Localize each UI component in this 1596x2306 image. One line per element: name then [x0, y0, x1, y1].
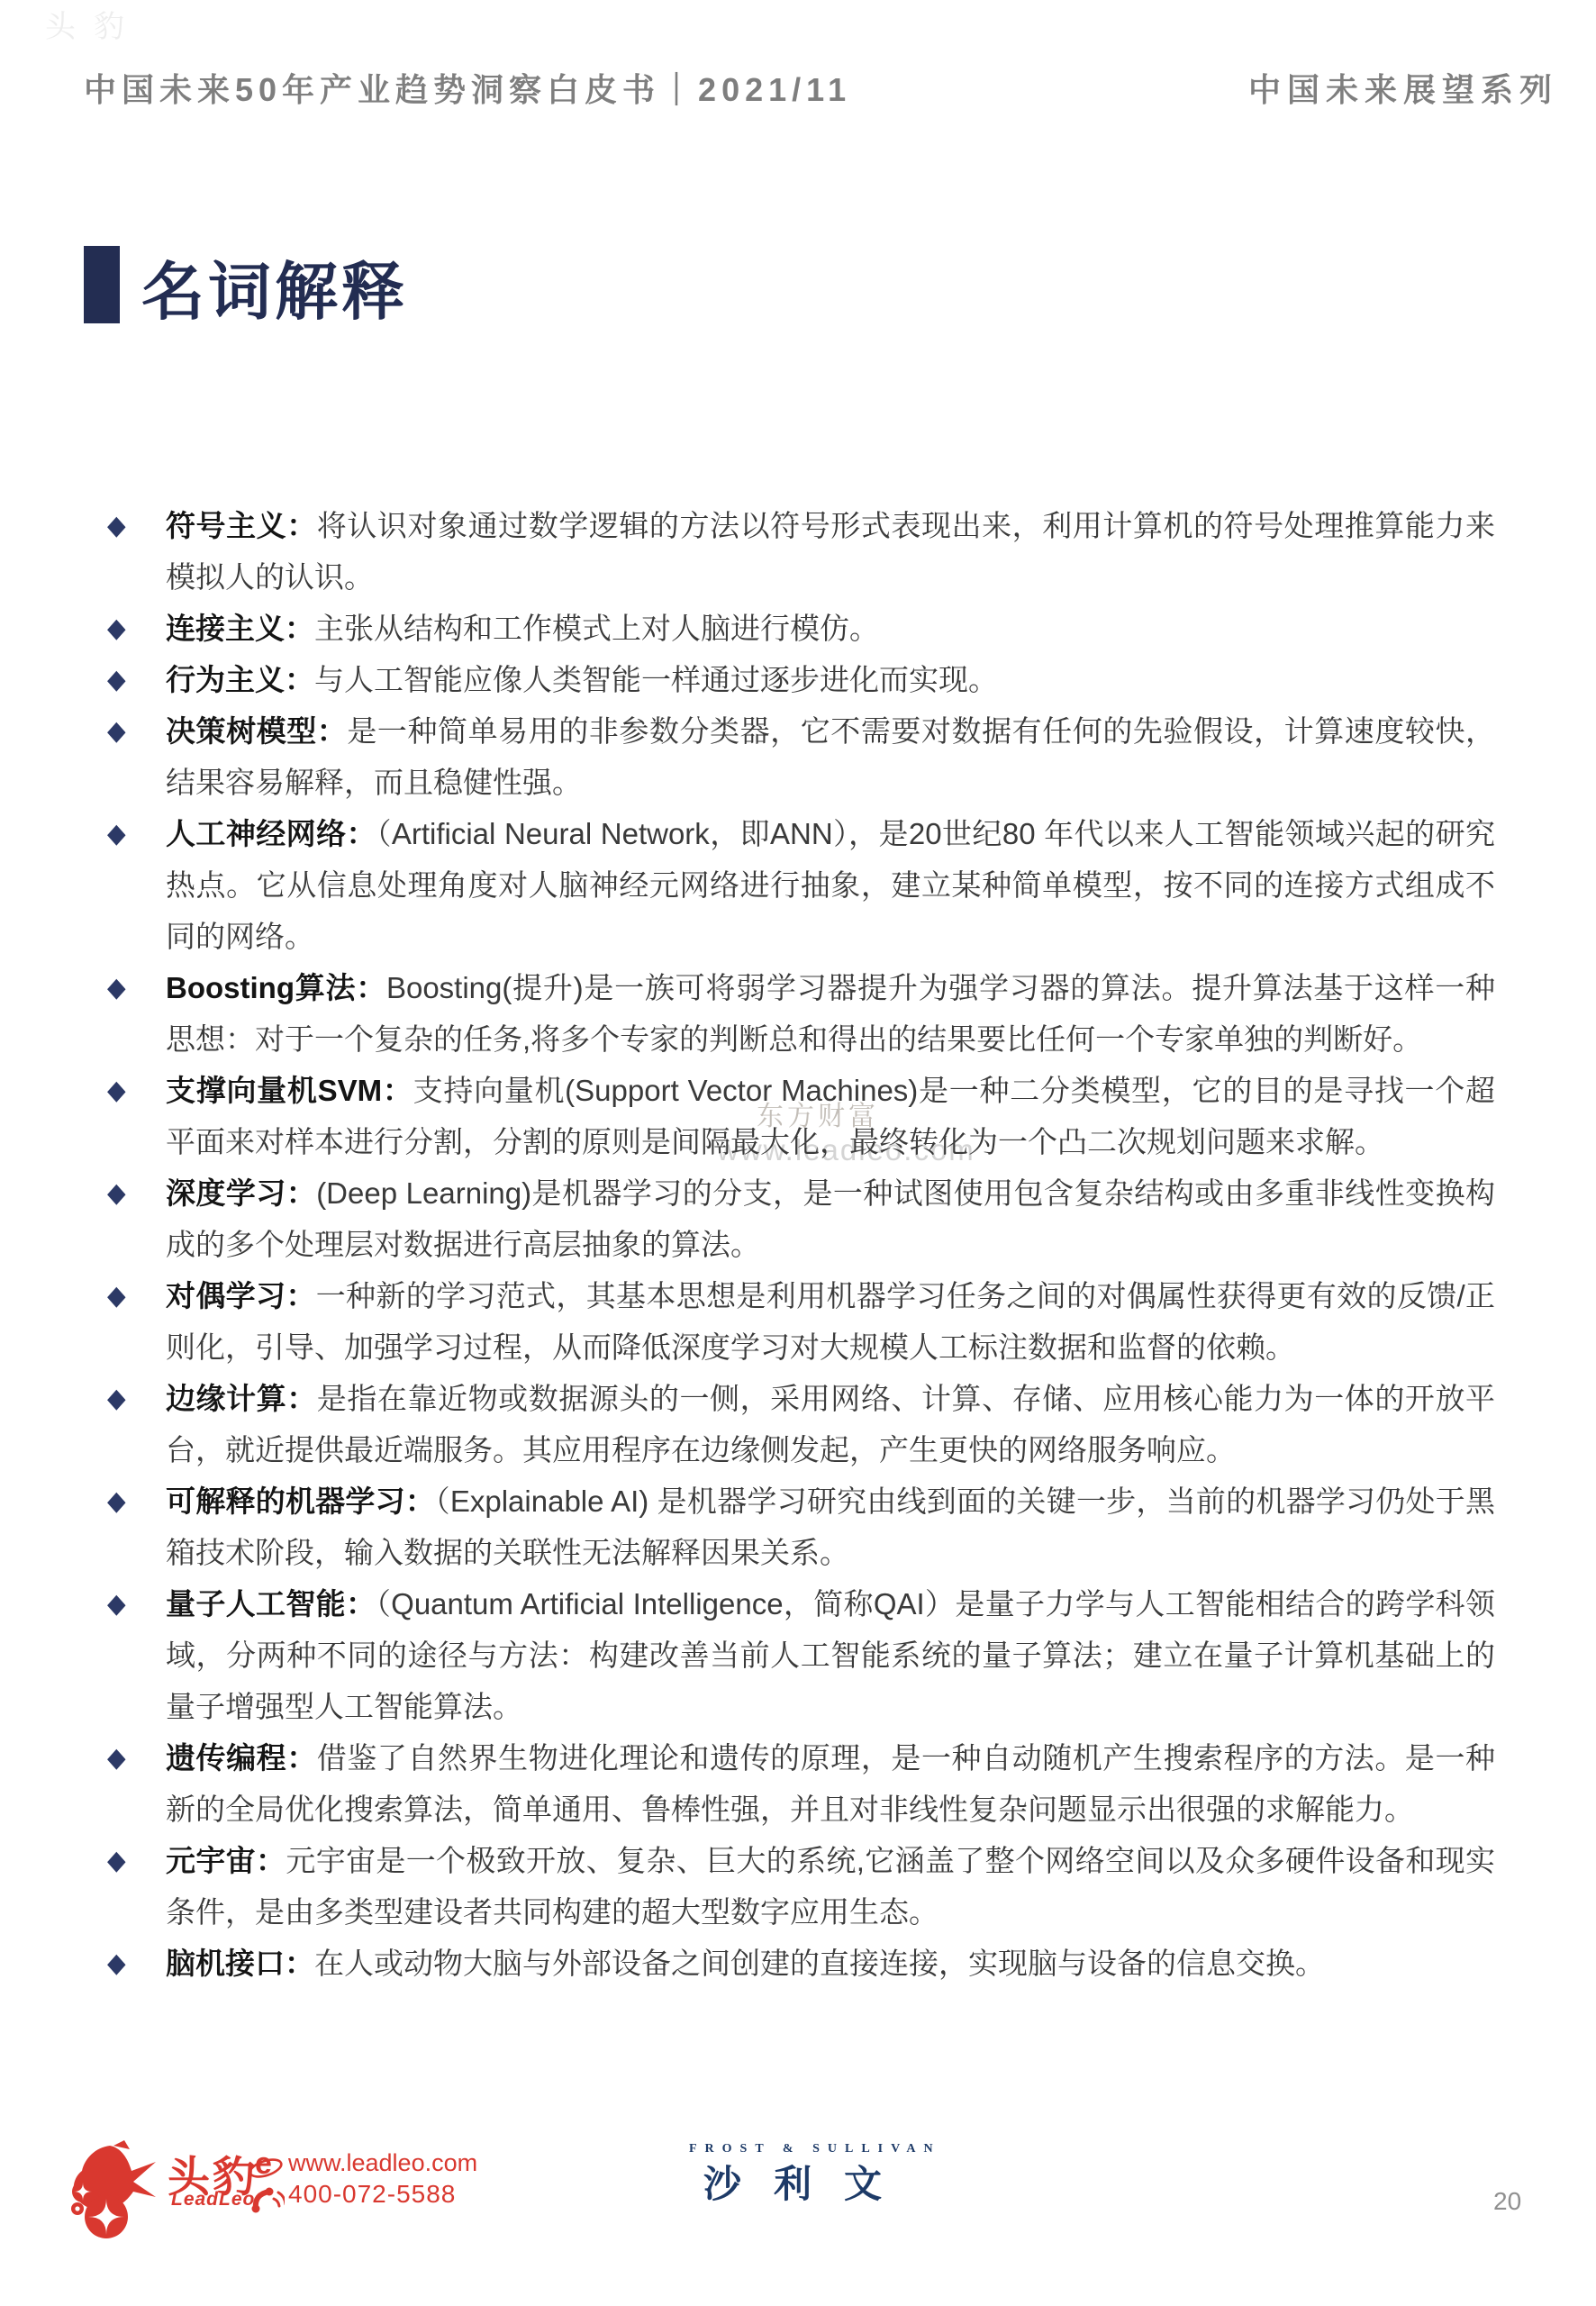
page-number: 20 [1493, 2187, 1521, 2216]
glossary-desc: 主张从结构和工作模式上对人脑进行模仿。 [314, 612, 879, 645]
glossary-desc: 借鉴了自然界生物进化理论和遗传的原理，是一种自动随机产生搜索程序的方法。是一种新… [166, 1741, 1495, 1826]
glossary-term: 行为主义： [166, 663, 314, 696]
glossary-term: 决策树模型： [166, 714, 347, 748]
glossary-desc: 元宇宙是一个极致开放、复杂、巨大的系统,它涵盖了整个网络空间以及众多硬件设备和现… [166, 1844, 1495, 1929]
glossary-item: ◆ 支撑向量机SVM：支持向量机(Support Vector Machines… [105, 1065, 1495, 1167]
diamond-bullet-icon: ◆ [107, 1267, 161, 1325]
website-globe-icon: e [247, 2146, 285, 2188]
diamond-bullet-icon: ◆ [107, 1575, 161, 1633]
glossary-term: 符号主义： [166, 509, 317, 542]
phone-icon [249, 2183, 285, 2220]
glossary-item: ◆ 对偶学习：一种新的学习范式，其基本思想是利用机器学习任务之间的对偶属性获得更… [105, 1270, 1495, 1373]
glossary-term: 连接主义： [166, 612, 314, 645]
diamond-bullet-icon: ◆ [107, 959, 161, 1017]
glossary-item: ◆ 连接主义：主张从结构和工作模式上对人脑进行模仿。 [105, 603, 1495, 654]
glossary-term: 量子人工智能： [166, 1587, 376, 1621]
diamond-bullet-icon: ◆ [107, 1165, 161, 1222]
diamond-bullet-icon: ◆ [107, 600, 161, 658]
glossary-item: ◆ 脑机接口：在人或动物大脑与外部设备之间创建的直接连接，实现脑与设备的信息交换… [105, 1938, 1495, 1989]
diamond-bullet-icon: ◆ [107, 1935, 161, 1993]
glossary-term: 遗传编程： [166, 1741, 317, 1775]
diamond-bullet-icon: ◆ [107, 1062, 161, 1120]
glossary-item: ◆ 元宇宙：元宇宙是一个极致开放、复杂、巨大的系统,它涵盖了整个网络空间以及众多… [105, 1835, 1495, 1938]
diamond-bullet-icon: ◆ [107, 805, 161, 863]
document-page: 中国未来50年产业趋势洞察白皮书｜2021/11 中国未来展望系列 头豹 东方财… [0, 0, 1596, 2306]
glossary-desc: 在人或动物大脑与外部设备之间创建的直接连接，实现脑与设备的信息交换。 [314, 1947, 1325, 1980]
glossary-desc: 一种新的学习范式，其基本思想是利用机器学习任务之间的对偶属性获得更有效的反馈/正… [166, 1279, 1495, 1364]
diamond-bullet-icon: ◆ [107, 703, 161, 760]
glossary-item: ◆ Boosting算法：Boosting(提升)是一族可将弱学习器提升为强学习… [105, 962, 1495, 1065]
glossary-list: ◆ 符号主义：将认识对象通过数学逻辑的方法以符号形式表现出来，利用计算机的符号处… [105, 500, 1495, 1989]
glossary-term: 可解释的机器学习： [166, 1484, 435, 1518]
glossary-desc: 是一种简单易用的非参数分类器，它不需要对数据有任何的先验假设，计算速度较快，结果… [166, 714, 1495, 799]
glossary-item: ◆ 决策树模型：是一种简单易用的非参数分类器，它不需要对数据有任何的先验假设，计… [105, 705, 1495, 808]
glossary-item: ◆ 遗传编程：借鉴了自然界生物进化理论和遗传的原理，是一种自动随机产生搜索程序的… [105, 1732, 1495, 1835]
leadleo-leopard-logo-icon [68, 2140, 159, 2249]
glossary-desc: 将认识对象通过数学逻辑的方法以符号形式表现出来，利用计算机的符号处理推算能力来模… [166, 509, 1495, 594]
diamond-bullet-icon: ◆ [107, 651, 161, 709]
glossary-item: ◆ 符号主义：将认识对象通过数学逻辑的方法以符号形式表现出来，利用计算机的符号处… [105, 500, 1495, 603]
phone-number: 400-072-5588 [288, 2180, 456, 2209]
glossary-term: Boosting算法： [166, 971, 386, 1004]
diamond-bullet-icon: ◆ [107, 1473, 161, 1530]
glossary-term: 支撑向量机SVM： [166, 1074, 413, 1107]
watermark-top-left: 头豹 [45, 2, 142, 46]
glossary-term: 人工神经网络： [166, 817, 376, 850]
glossary-item: ◆ 人工神经网络：（Artificial Neural Network，即ANN… [105, 808, 1495, 962]
glossary-term: 深度学习： [166, 1176, 316, 1210]
frost-sullivan-logo-cn: 沙利文 [703, 2155, 914, 2209]
website-url[interactable]: www.leadleo.com [288, 2149, 477, 2177]
glossary-term: 脑机接口： [166, 1947, 314, 1980]
brand-name-en: LeadLeo [171, 2189, 255, 2211]
glossary-item: ◆ 量子人工智能：（Quantum Artificial Intelligenc… [105, 1578, 1495, 1732]
title-bar-marker [84, 246, 120, 323]
glossary-item: ◆ 行为主义：与人工智能应像人类智能一样通过逐步进化而实现。 [105, 654, 1495, 705]
glossary-desc: 是指在靠近物或数据源头的一侧，采用网络、计算、存储、应用核心能力为一体的开放平台… [166, 1382, 1495, 1466]
glossary-desc: (Deep Learning)是机器学习的分支，是一种试图使用包含复杂结构或由多… [166, 1176, 1495, 1261]
diamond-bullet-icon: ◆ [107, 1370, 161, 1428]
glossary-term: 元宇宙： [166, 1844, 286, 1877]
header-left-title: 中国未来50年产业趋势洞察白皮书｜2021/11 [84, 65, 851, 111]
page-title: 名词解释 [141, 241, 408, 332]
diamond-bullet-icon: ◆ [107, 497, 161, 555]
glossary-desc: 与人工智能应像人类智能一样通过逐步进化而实现。 [314, 663, 998, 696]
diamond-bullet-icon: ◆ [107, 1729, 161, 1787]
glossary-item: ◆ 边缘计算：是指在靠近物或数据源头的一侧，采用网络、计算、存储、应用核心能力为… [105, 1373, 1495, 1475]
diamond-bullet-icon: ◆ [107, 1832, 161, 1890]
header-right-series: 中国未来展望系列 [1248, 65, 1558, 111]
glossary-term: 边缘计算： [166, 1382, 317, 1415]
glossary-item: ◆ 可解释的机器学习：（Explainable AI) 是机器学习研究由线到面的… [105, 1475, 1495, 1578]
glossary-item: ◆ 深度学习：(Deep Learning)是机器学习的分支，是一种试图使用包含… [105, 1167, 1495, 1270]
glossary-term: 对偶学习： [166, 1279, 316, 1312]
